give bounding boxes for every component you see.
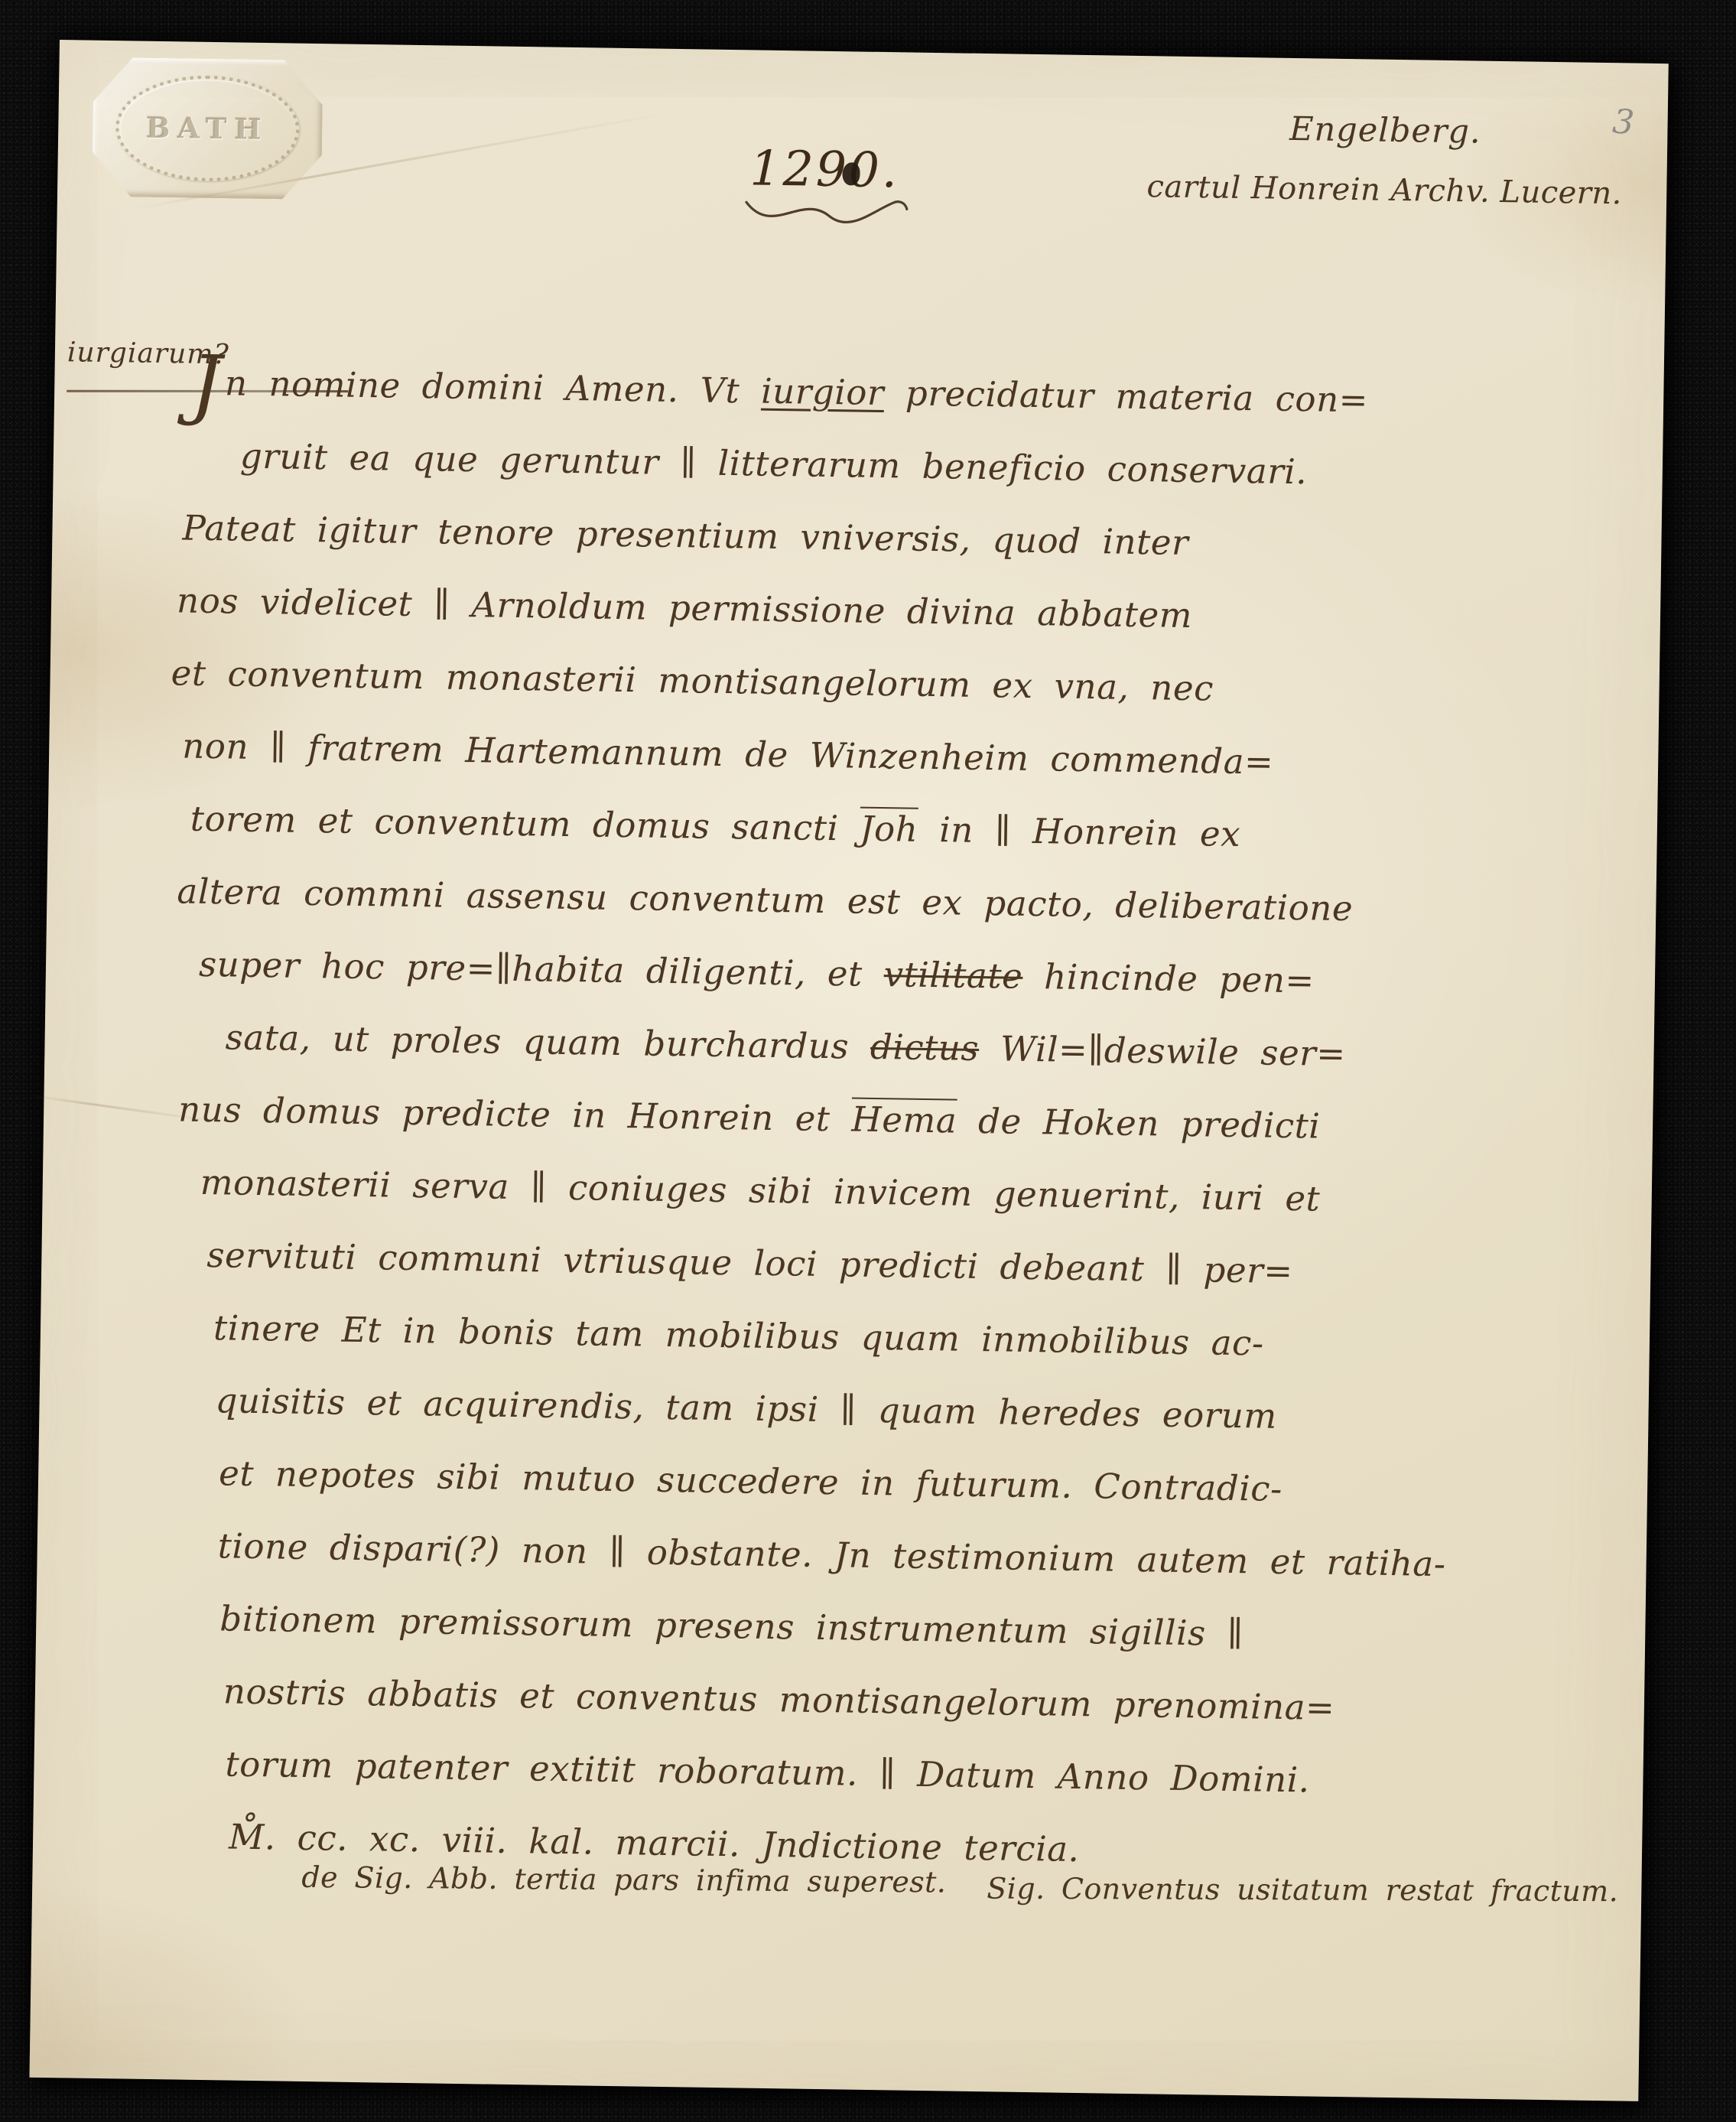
text-segment: hincinde pen= [1022, 956, 1315, 1001]
text-segment: bitionem premissorum presens instrumentu… [219, 1598, 1243, 1654]
text-segment: n nomine domini Amen. Vt [225, 363, 762, 411]
seal-note-convent: Sig. Conventus usitatum restat fractum. [987, 1872, 1618, 1909]
text-segment: de Hoken predicti [957, 1101, 1321, 1147]
scan-background: { "page": { "corner_number": "3", "stamp… [0, 0, 1736, 2122]
text-segment: in ∥ Honrein ex [918, 809, 1241, 854]
text-segment: tione dispari(?) non ∥ obstante. Jn test… [217, 1525, 1446, 1584]
stamp-wreath: BATH [115, 74, 300, 183]
underlined-word: iurgior [761, 371, 885, 413]
text-segment: non ∥ fratrem Hartemannum de Winzenheim … [182, 725, 1274, 782]
struck-word: dictus [870, 1027, 980, 1069]
seal-note-abbot: de Sig. Abb. tertia pars infima superest… [301, 1860, 946, 1899]
text-segment: nos videlicet ∥ Arnoldum permissione div… [177, 580, 1193, 636]
text-segment: torem et conventum domus sancti [190, 799, 860, 849]
text-segment: Pateat igitur tenore presentium vniversi… [182, 507, 1188, 563]
year-text: 1290. [749, 140, 899, 198]
text-segment: et nepotes sibi mutuo succedere in futur… [219, 1453, 1282, 1509]
abbreviated-word: Joh [860, 809, 918, 850]
text-segment: gruit ea que geruntur ∥ litterarum benef… [240, 436, 1308, 493]
text-segment: altera commni assensu conventum est ex p… [177, 871, 1354, 929]
text-segment: monasterii serva ∥ coniuges sibi invicem… [200, 1162, 1320, 1219]
stamp-text: BATH [146, 111, 269, 146]
year-heading: 1290. [749, 140, 912, 242]
text-segment: sata, ut proles quam burchardus [225, 1017, 870, 1067]
text-segment: quisitis et acquirendis, tam ipsi ∥ quam… [215, 1380, 1277, 1437]
text-segment: et conventum monasterii montisangelorum … [171, 653, 1214, 708]
manuscript-page: BATH 3 1290. Engelberg. cartul Honrein A… [29, 40, 1668, 2101]
embossed-stamp: BATH [92, 57, 323, 200]
archive-reference: cartul Honrein Archv. Lucern. [1124, 169, 1645, 212]
document-body: Jn nomine domini Amen. Vt iurgior precid… [33, 344, 1664, 1894]
text-segment: nostris abbatis et conventus montisangel… [223, 1671, 1335, 1728]
text-segment: super hoc pre=∥habita diligenti, et [199, 944, 884, 994]
ink-blot [842, 162, 860, 185]
text-segment: torum patenter extitit roboratum. ∥ Datu… [225, 1743, 1310, 1800]
text-segment: Wil=∥deswile ser= [979, 1028, 1346, 1074]
archive-place: Engelberg. [1125, 108, 1646, 154]
decorated-initial: J [190, 339, 222, 429]
text-segment: servituti communi vtriusque loci predict… [206, 1235, 1293, 1291]
text-segment: tinere Et in bonis tam mobilibus quam in… [213, 1307, 1265, 1363]
text-segment: nus domus predicte in Honrein et [178, 1089, 852, 1139]
struck-word: vtilitate [883, 954, 1022, 997]
archive-annotation: Engelberg. cartul Honrein Archv. Lucern. [1124, 108, 1646, 212]
text-segment: precidatur materia con= [884, 373, 1369, 420]
abbreviated-word: Hema [851, 1099, 957, 1141]
flourish [735, 191, 912, 242]
